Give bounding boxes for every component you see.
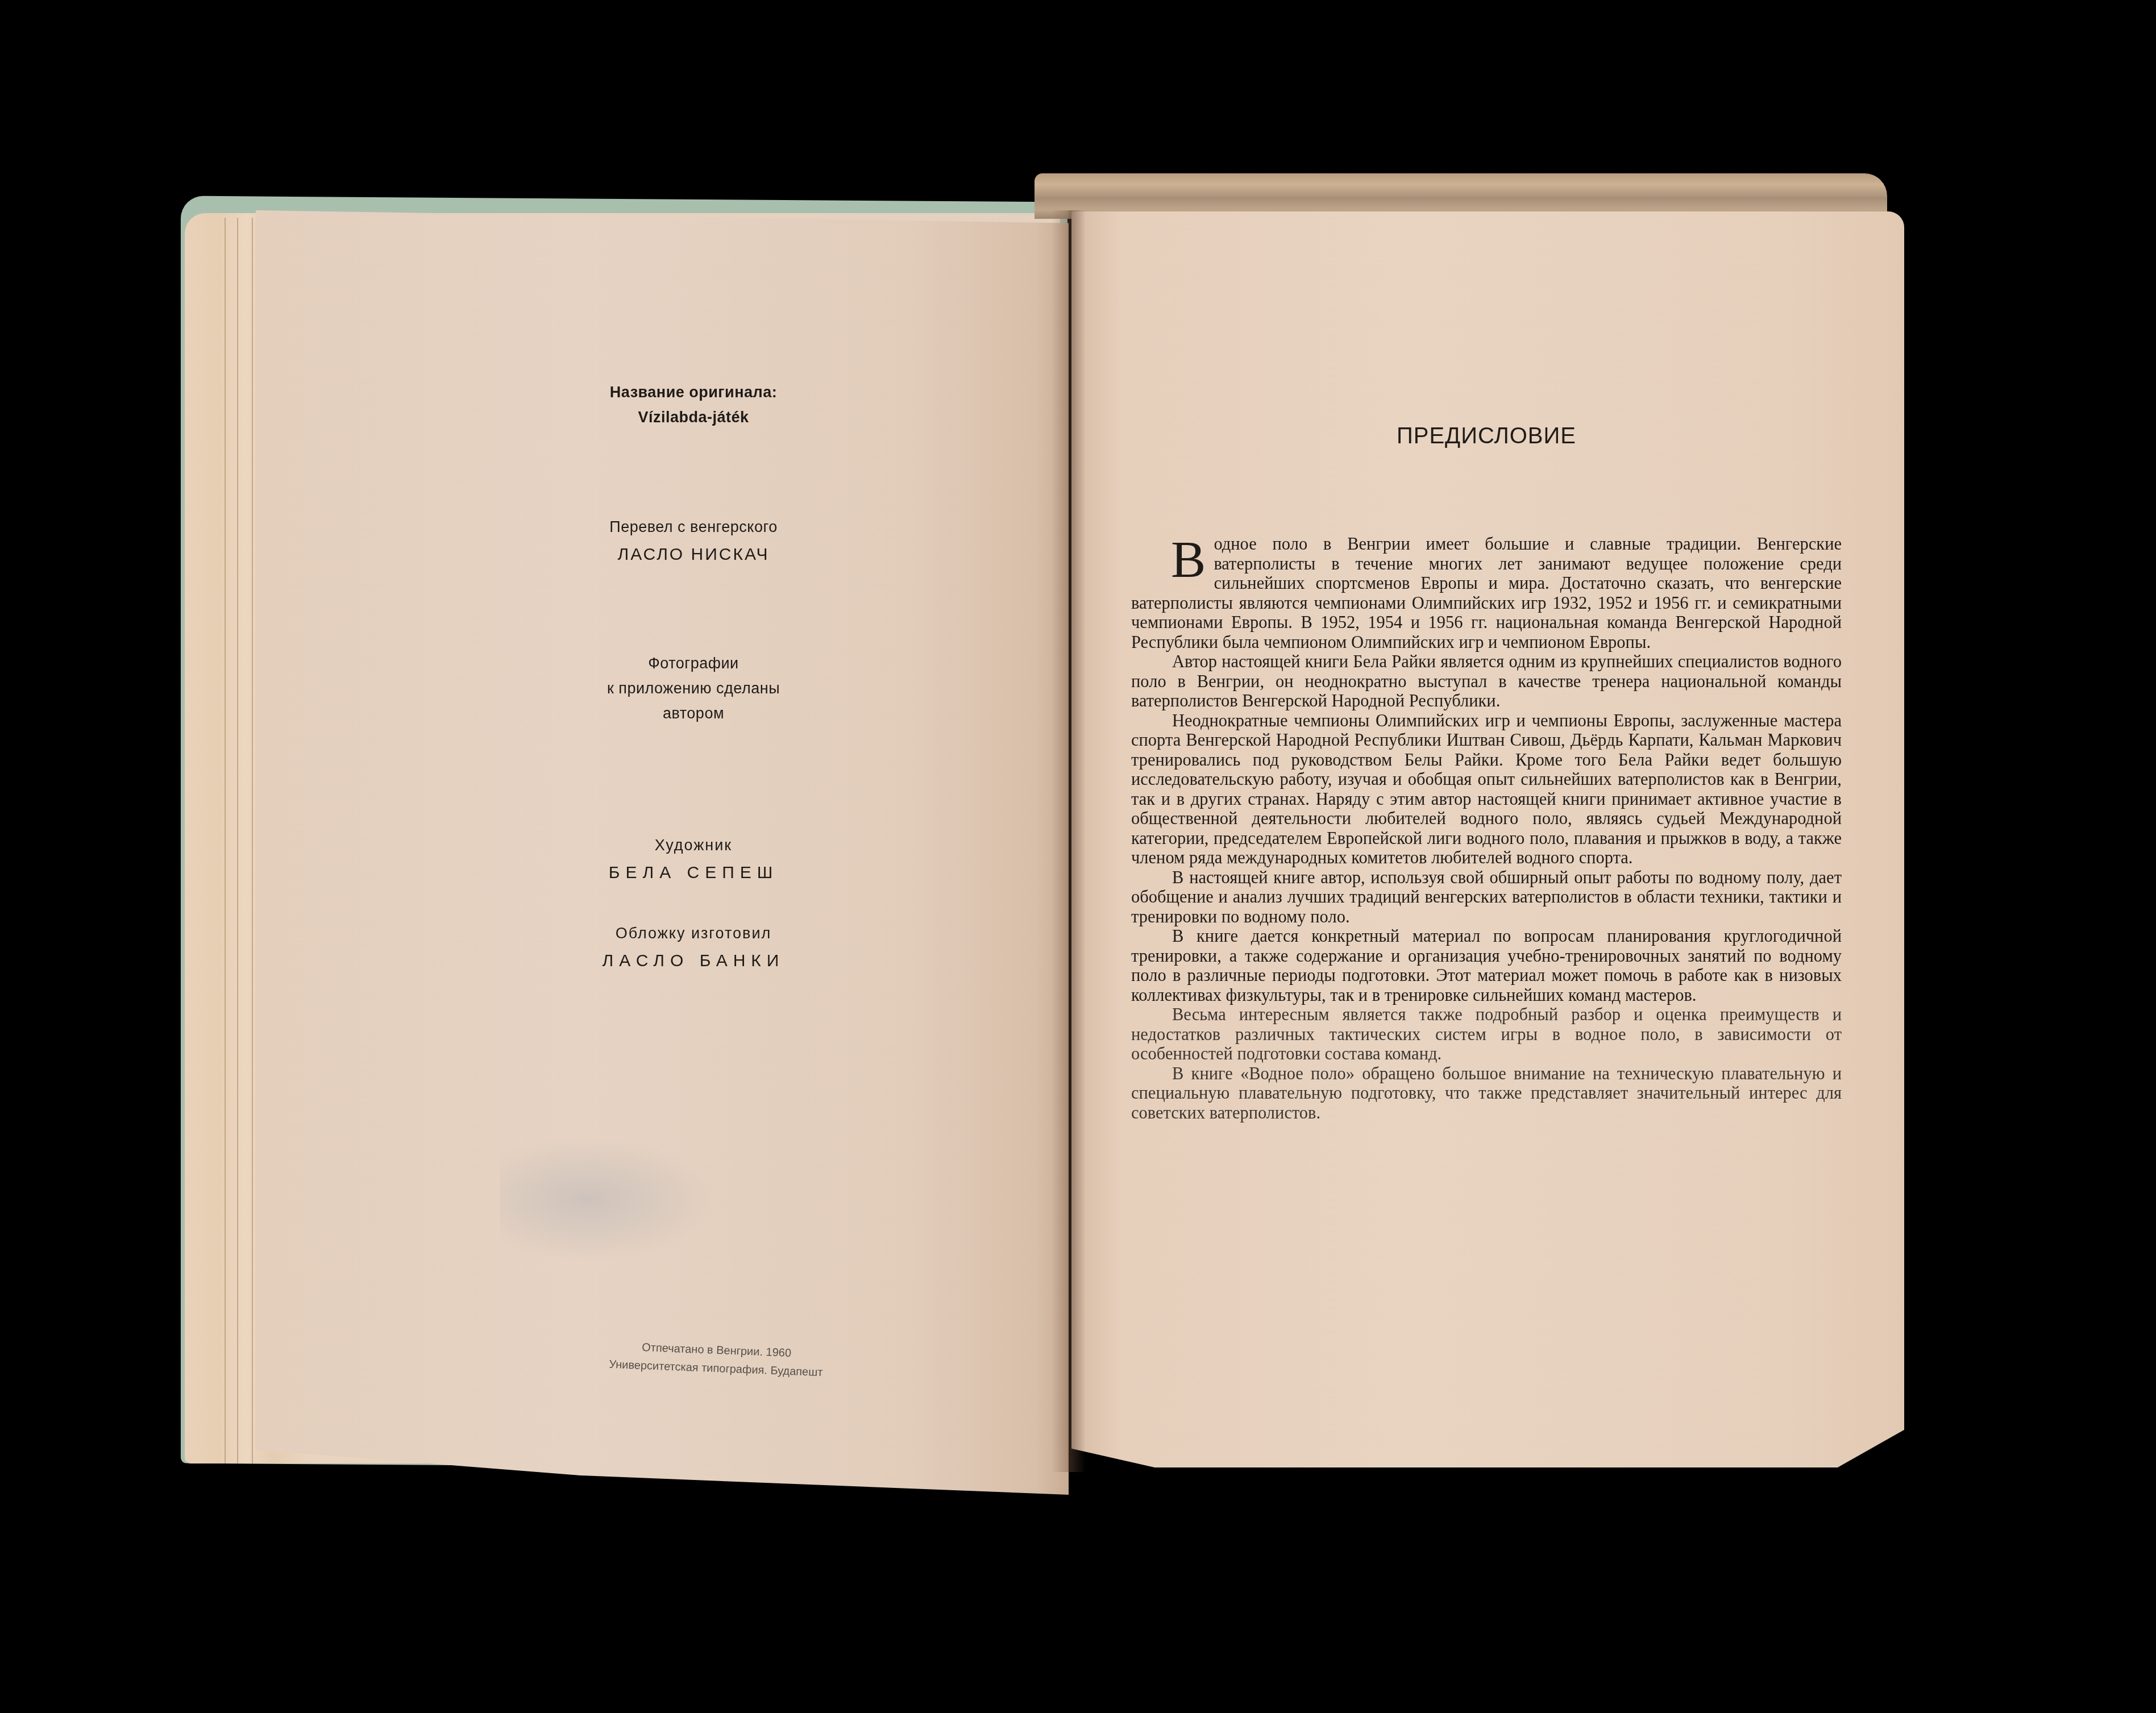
cover-label: Обложку изготовил: [512, 921, 875, 946]
original-title-block: Название оригинала: Vízilabda-játék: [512, 380, 875, 430]
paragraph: В книге дается конкретный материал по во…: [1131, 926, 1842, 1005]
page-edge-line: [237, 218, 238, 1463]
book-gutter: [1052, 210, 1086, 1472]
paragraph-lead: одное поло в Венгрии имеет большие и сла…: [1214, 534, 1741, 554]
ink-smudge: [500, 1137, 716, 1262]
paragraph: Весьма интересным является также подробн…: [1131, 1005, 1842, 1064]
photos-line-2: к приложению сделаны: [512, 676, 875, 701]
paragraph: В одное поло в Венгрии имеет большие и с…: [1131, 534, 1842, 652]
open-book: Название оригинала: Vízilabda-játék Пере…: [0, 0, 2156, 1713]
photos-credit-block: Фотографии к приложению сделаны автором: [512, 651, 875, 726]
paragraph: В настоящей книге автор, используя свой …: [1131, 868, 1842, 927]
artist-name: БЕЛА СЕПЕШ: [512, 858, 875, 888]
paragraph: Неоднократные чемпионы Олимпийских игр и…: [1131, 711, 1842, 868]
translator-block: Перевел с венгерского ЛАСЛО НИСКАЧ: [512, 514, 875, 570]
cover-credit-block: Обложку изготовил ЛАСЛО БАНКИ: [512, 921, 875, 976]
paragraph: В книге «Водное поло» обращено большое в…: [1131, 1064, 1842, 1123]
page-edge-line: [225, 218, 226, 1463]
photos-line-3: автором: [512, 701, 875, 726]
cover-artist-name: ЛАСЛО БАНКИ: [512, 946, 875, 976]
paragraph: Автор настоящей книги Бела Райки являетс…: [1131, 652, 1842, 711]
drop-cap: В: [1171, 538, 1206, 581]
page-title: ПРЕДИСЛОВИЕ: [1131, 423, 1842, 449]
artist-block: Художник БЕЛА СЕПЕШ: [512, 833, 875, 888]
original-title-label: Название оригинала:: [512, 380, 875, 405]
original-title: Vízilabda-játék: [512, 405, 875, 430]
translator-label: Перевел с венгерского: [512, 514, 875, 539]
photos-line-1: Фотографии: [512, 651, 875, 676]
translator-name: ЛАСЛО НИСКАЧ: [512, 539, 875, 570]
artist-label: Художник: [512, 833, 875, 858]
page-edge-line: [252, 218, 253, 1463]
preface-body: В одное поло в Венгрии имеет большие и с…: [1131, 534, 1842, 1122]
